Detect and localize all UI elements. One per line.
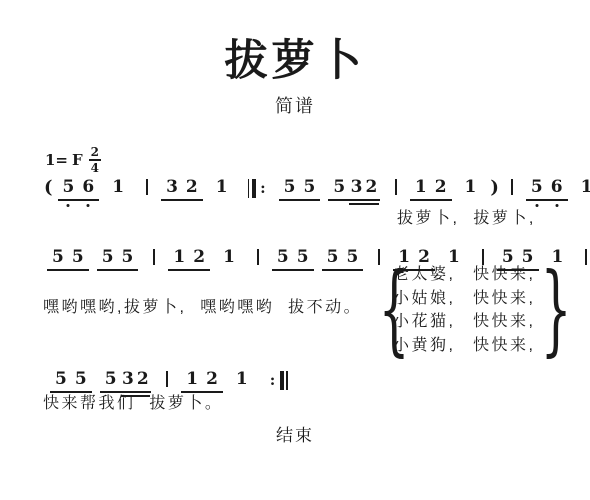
note-wrap: 1	[219, 249, 239, 266]
beamed-note-group: 55	[97, 249, 139, 271]
beamed-note-group: 56	[58, 179, 100, 201]
beamed-note-group: 55	[322, 249, 364, 271]
note: 5	[105, 371, 117, 388]
note: 1	[581, 177, 590, 197]
beamed-note-group: 55	[272, 249, 314, 271]
repeat-thin-bar	[286, 371, 288, 390]
sheet-music-page: 拔萝卜 简谱 1= F 2 4 (561321:55532121)561321 …	[0, 0, 590, 500]
meter-numerator: 2	[89, 146, 101, 161]
score-line-3: 55532121:	[47, 371, 296, 393]
repeat-end-sign: :	[268, 371, 288, 390]
barline	[146, 179, 148, 195]
repeat-start-sign: :	[248, 179, 268, 198]
note: 1	[223, 247, 235, 267]
meter-denominator: 4	[91, 161, 99, 174]
sixteenth-subgroup: 32	[349, 179, 379, 196]
note: 1	[236, 369, 248, 389]
left-brace-icon: {	[379, 263, 388, 357]
note: 1	[465, 177, 477, 197]
repeat-dots: :	[260, 181, 266, 196]
verse-call: 快快来,	[473, 334, 535, 358]
verse-block: { 老太婆,快快来,小姑娘,快快来,小花猫,快快来,小黄狗,快快来, }	[374, 263, 554, 357]
note: 2	[137, 371, 149, 388]
song-title: 拔萝卜	[0, 38, 590, 85]
note: 5	[327, 249, 339, 266]
repeat-thick-bar	[252, 179, 256, 198]
verse-row: 小花猫,快快来,	[393, 310, 535, 334]
beamed-note-group: 55	[279, 179, 321, 201]
beamed-note-group: 12	[410, 179, 452, 201]
note: 2	[193, 249, 205, 266]
verse-row: 小黄狗,快快来,	[393, 334, 535, 358]
repeat-thick-bar	[280, 371, 284, 390]
note: 5	[346, 249, 358, 266]
key-prefix: 1=	[45, 151, 68, 169]
beamed-note-group: 532	[328, 179, 380, 201]
note-wrap: 1	[232, 371, 252, 388]
end-label: 结束	[0, 421, 590, 446]
note: 5	[284, 179, 296, 196]
lyrics-line-1: 拔萝卜, 拔萝卜,	[397, 209, 536, 228]
note: 5	[63, 179, 75, 196]
key-letter: F	[72, 151, 83, 169]
beamed-note-group: 32	[161, 179, 203, 201]
note: 5	[333, 179, 345, 196]
note: 5	[52, 249, 64, 266]
repeat-thin-bar	[248, 179, 250, 198]
note: 3	[351, 179, 363, 196]
note-wrap: 1	[108, 179, 128, 196]
verse-call: 快快来,	[473, 287, 535, 311]
note-wrap: 1	[461, 179, 481, 196]
beamed-note-group: 12	[168, 249, 210, 271]
barline	[166, 371, 168, 387]
note: 6	[551, 179, 563, 196]
note: 5	[75, 371, 87, 388]
right-brace-icon: }	[541, 263, 550, 357]
barline	[153, 249, 155, 265]
verse-row: 小姑娘,快快来,	[393, 287, 535, 311]
note: 3	[166, 179, 178, 196]
parenthesis: )	[490, 179, 499, 197]
verse-call: 快快来,	[473, 263, 535, 287]
barline	[257, 249, 259, 265]
beamed-note-group: 55	[50, 371, 92, 393]
note: 5	[531, 179, 543, 196]
note: 6	[82, 179, 94, 196]
barline	[585, 249, 587, 265]
note: 5	[303, 179, 315, 196]
note-wrap: 1	[577, 179, 590, 196]
note: 2	[435, 179, 447, 196]
note: 1	[216, 177, 228, 197]
note: 5	[297, 249, 309, 266]
note: 2	[206, 371, 218, 388]
note: 1	[186, 371, 198, 388]
parenthesis: (	[44, 179, 53, 197]
barline	[395, 179, 397, 195]
verse-call: 快快来,	[473, 310, 535, 334]
note: 2	[186, 179, 198, 196]
note: 5	[277, 249, 289, 266]
beamed-note-group: 56	[526, 179, 568, 201]
key-signature: 1= F 2 4	[45, 146, 101, 174]
note: 1	[173, 249, 185, 266]
verse-row: 老太婆,快快来,	[393, 263, 535, 287]
note: 5	[102, 249, 114, 266]
lyrics-line-2: 嘿哟嘿哟,拔萝卜, 嘿哟嘿哟 拔不动。	[43, 298, 362, 317]
verse-rows: 老太婆,快快来,小姑娘,快快来,小花猫,快快来,小黄狗,快快来,	[393, 263, 535, 357]
time-signature: 2 4	[89, 146, 101, 174]
song-subtitle: 简谱	[0, 92, 590, 118]
score-line-1: (561321:55532121)561321	[42, 179, 590, 201]
note: 2	[366, 179, 378, 196]
note: 5	[72, 249, 84, 266]
sixteenth-subgroup: 32	[121, 371, 151, 388]
barline	[511, 179, 513, 195]
note: 1	[415, 179, 427, 196]
note: 1	[112, 177, 124, 197]
beamed-note-group: 12	[181, 371, 223, 393]
note-wrap: 1	[212, 179, 232, 196]
beamed-note-group: 532	[100, 371, 152, 393]
beamed-note-group: 55	[47, 249, 89, 271]
lyrics-line-3: 快来帮我们 拔萝卜。	[43, 394, 223, 413]
note: 3	[122, 371, 134, 388]
note: 5	[122, 249, 134, 266]
note: 5	[55, 371, 67, 388]
repeat-dots: :	[270, 373, 276, 388]
